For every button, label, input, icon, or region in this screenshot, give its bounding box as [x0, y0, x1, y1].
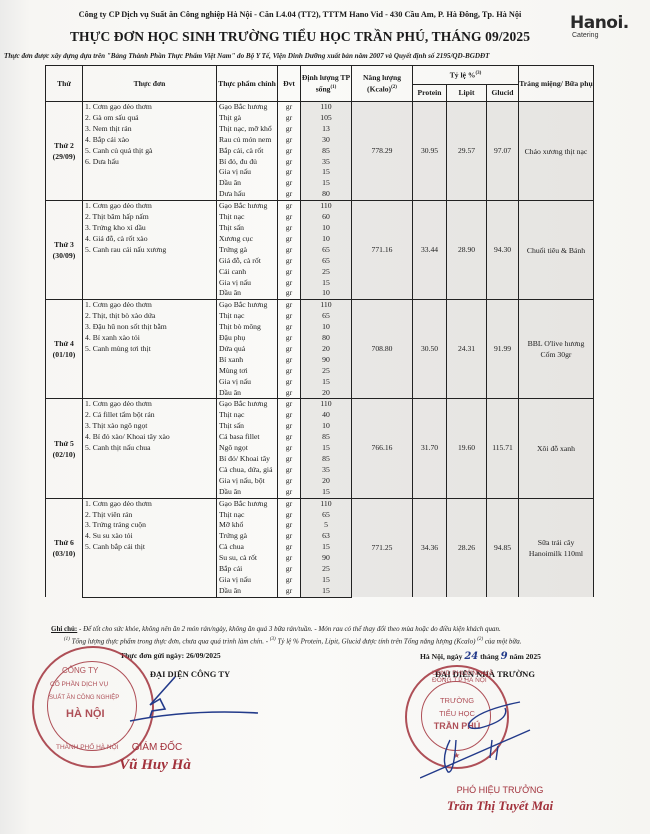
glucid-cell: 115.71 — [487, 399, 519, 498]
dish-cell: 3. Trứng kho xì dầu — [83, 223, 217, 234]
dish-cell — [83, 465, 217, 476]
energy-cell: 771.25 — [352, 498, 413, 597]
header-energy: Năng lượng (Kcalo)(2) — [352, 66, 413, 102]
food-cell: Gia vị nấu — [217, 278, 278, 289]
unit-cell: gr — [278, 564, 301, 575]
unit-cell: gr — [278, 498, 301, 509]
dish-cell — [83, 267, 217, 278]
energy-cell: 708.80 — [352, 300, 413, 399]
dish-cell — [83, 355, 217, 366]
food-cell: Gạo Bắc hương — [217, 300, 278, 311]
dish-cell: 4. Su su xào tỏi — [83, 531, 217, 542]
dish-cell: 6. Dưa hấu — [83, 157, 217, 168]
unit-cell: gr — [278, 586, 301, 597]
day-cell: Thứ 2(29/09) — [46, 102, 83, 201]
qty-cell: 15 — [301, 278, 352, 289]
qty-cell: 90 — [301, 355, 352, 366]
dish-cell: 2. Thịt băm hấp nấm — [83, 212, 217, 223]
food-cell: Gạo Bắc hương — [217, 102, 278, 113]
header-dessert: Tráng miệng/ Bữa phụ — [519, 66, 594, 102]
day-name: Thứ 2 — [48, 140, 80, 151]
unit-cell: gr — [278, 267, 301, 278]
food-cell: Cá basa fillet — [217, 432, 278, 443]
protein-cell: 31.70 — [413, 399, 447, 498]
food-cell: Thịt nạc — [217, 212, 278, 223]
unit-cell: gr — [278, 476, 301, 487]
dish-cell: 1. Cơm gạo dẻo thơm — [83, 399, 217, 410]
dish-cell — [83, 189, 217, 200]
dessert-cell: Chuối tiêu & Bánh — [519, 201, 594, 300]
dish-cell — [83, 564, 217, 575]
unit-cell: gr — [278, 542, 301, 553]
unit-cell: gr — [278, 278, 301, 289]
table-row: Thứ 2(29/09)1. Cơm gạo dẻo thơmGạo Bắc h… — [46, 102, 594, 113]
company-logo: Hanoi. Catering — [570, 15, 630, 45]
unit-cell: gr — [278, 201, 301, 212]
dish-cell: 2. Thịt, thịt bò xào dứa — [83, 311, 217, 322]
qty-cell: 90 — [301, 553, 352, 564]
energy-cell: 771.16 — [352, 201, 413, 300]
lipit-cell: 29.57 — [447, 102, 487, 201]
table-row: Thứ 4(01/10)1. Cơm gạo dẻo thơmGạo Bắc h… — [46, 300, 594, 311]
food-cell: Trứng gà — [217, 531, 278, 542]
dish-cell: 1. Cơm gạo dẻo thơm — [83, 201, 217, 212]
qty-cell: 85 — [301, 454, 352, 465]
dish-cell: 1. Cơm gạo dẻo thơm — [83, 102, 217, 113]
unit-cell: gr — [278, 288, 301, 299]
dish-cell — [83, 278, 217, 289]
unit-cell: gr — [278, 575, 301, 586]
dish-cell: 4. Bí đỏ xào/ Khoai tây xào — [83, 432, 217, 443]
glucid-cell: 94.30 — [487, 201, 519, 300]
day-date: (02/10) — [48, 449, 80, 460]
qty-cell: 65 — [301, 256, 352, 267]
unit-cell: gr — [278, 553, 301, 564]
qty-cell: 65 — [301, 510, 352, 521]
header-day: Thứ — [46, 66, 83, 102]
qty-cell: 35 — [301, 157, 352, 168]
dish-cell: 4. Bắp cải xào — [83, 135, 217, 146]
day-name: Thứ 4 — [48, 338, 80, 349]
unit-cell: gr — [278, 322, 301, 333]
menu-table-body: Thứ 2(29/09)1. Cơm gạo dẻo thơmGạo Bắc h… — [46, 102, 594, 598]
dish-cell: 2. Cá fillet tẩm bột rán — [83, 410, 217, 421]
school-signer-position: PHÓ HIỆU TRƯỞNG — [445, 785, 555, 795]
dish-cell: 1. Cơm gạo dẻo thơm — [83, 498, 217, 509]
unit-cell: gr — [278, 113, 301, 124]
menu-basis-note: Thực đơn được xây dựng dựa trên "Bảng Th… — [4, 52, 644, 60]
company-address: Công ty CP Dịch vụ Suất ăn Công nghiệp H… — [0, 10, 600, 19]
dish-cell: 2. Thịt viên rán — [83, 510, 217, 521]
unit-cell: gr — [278, 157, 301, 168]
handwritten-month: 9 — [501, 651, 508, 662]
qty-cell: 63 — [301, 531, 352, 542]
qty-cell: 65 — [301, 245, 352, 256]
dish-cell — [83, 377, 217, 388]
dish-cell — [83, 366, 217, 377]
food-cell: Thịt gà — [217, 113, 278, 124]
unit-cell: gr — [278, 102, 301, 113]
dish-cell — [83, 256, 217, 267]
dish-cell: 3. Đậu hũ non sốt thịt bằm — [83, 322, 217, 333]
header-qty: Định lượng TP sống(1) — [301, 66, 352, 102]
food-cell: Bí đỏ/ Khoai tây — [217, 454, 278, 465]
food-cell: Gia vị nấu — [217, 377, 278, 388]
glucid-cell: 97.07 — [487, 102, 519, 201]
unit-cell: gr — [278, 333, 301, 344]
unit-cell: gr — [278, 234, 301, 245]
qty-cell: 15 — [301, 586, 352, 597]
protein-cell: 30.50 — [413, 300, 447, 399]
unit-cell: gr — [278, 189, 301, 200]
food-cell: Dứa quả — [217, 344, 278, 355]
table-row: Thứ 6(03/10)1. Cơm gạo dẻo thơmGạo Bắc h… — [46, 498, 594, 509]
notes-line-2: (1) Tổng lượng thực phẩm trong thực đơn,… — [64, 637, 521, 645]
unit-cell: gr — [278, 388, 301, 399]
qty-cell: 5 — [301, 520, 352, 531]
page-title: THỰC ĐƠN HỌC SINH TRƯỜNG TIỂU HỌC TRẦN P… — [0, 29, 600, 45]
dish-cell: 1. Cơm gạo dẻo thơm — [83, 300, 217, 311]
dish-cell: 5. Canh củ quả thịt gà — [83, 146, 217, 157]
qty-cell: 15 — [301, 167, 352, 178]
dish-cell: 4. Bí xanh xào tỏi — [83, 333, 217, 344]
header-protein: Protein — [413, 85, 447, 102]
qty-cell: 25 — [301, 564, 352, 575]
protein-cell: 30.95 — [413, 102, 447, 201]
food-cell: Gạo Bắc hương — [217, 498, 278, 509]
dessert-cell: BBL O'live hương Cốm 30gr — [519, 300, 594, 399]
food-cell: Bí đỏ, đu đủ — [217, 157, 278, 168]
food-cell: Xương cục — [217, 234, 278, 245]
qty-cell: 35 — [301, 465, 352, 476]
day-name: Thứ 3 — [48, 239, 80, 250]
food-cell: Gia vị nấu — [217, 575, 278, 586]
header-lipit: Lipit — [447, 85, 487, 102]
day-date: (29/09) — [48, 151, 80, 162]
dish-cell: 5. Canh rau cải nấu xương — [83, 245, 217, 256]
dish-cell: 3. Trứng tráng cuộn — [83, 520, 217, 531]
unit-cell: gr — [278, 531, 301, 542]
food-cell: Cà chua — [217, 542, 278, 553]
qty-cell: 110 — [301, 498, 352, 509]
day-cell: Thứ 4(01/10) — [46, 300, 83, 399]
food-cell: Mỡ khổ — [217, 520, 278, 531]
dish-cell — [83, 575, 217, 586]
school-signature — [420, 700, 550, 780]
food-cell: Bắp cải, cà rốt — [217, 146, 278, 157]
food-cell: Gia vị nấu, bột — [217, 476, 278, 487]
unit-cell: gr — [278, 510, 301, 521]
unit-cell: gr — [278, 487, 301, 498]
qty-cell: 15 — [301, 542, 352, 553]
dish-cell: 4. Giá đỗ, cà rốt xào — [83, 234, 217, 245]
unit-cell: gr — [278, 212, 301, 223]
food-cell: Bí xanh — [217, 355, 278, 366]
unit-cell: gr — [278, 300, 301, 311]
unit-cell: gr — [278, 410, 301, 421]
unit-cell: gr — [278, 256, 301, 267]
food-cell: Đậu phụ — [217, 333, 278, 344]
day-name: Thứ 5 — [48, 438, 80, 449]
food-cell: Dầu ăn — [217, 586, 278, 597]
qty-cell: 65 — [301, 311, 352, 322]
food-cell: Thịt nạc, mỡ khổ — [217, 124, 278, 135]
food-cell: Dầu ăn — [217, 487, 278, 498]
qty-cell: 15 — [301, 178, 352, 189]
unit-cell: gr — [278, 377, 301, 388]
unit-cell: gr — [278, 443, 301, 454]
qty-cell: 20 — [301, 388, 352, 399]
dessert-cell: Sữa trái cây Hanoimilk 110ml — [519, 498, 594, 597]
day-cell: Thứ 3(30/09) — [46, 201, 83, 300]
dish-cell: 5. Canh mùng tơi thịt — [83, 344, 217, 355]
food-cell: Dầu ăn — [217, 178, 278, 189]
qty-cell: 15 — [301, 377, 352, 388]
food-cell: Bắp cải — [217, 564, 278, 575]
qty-cell: 85 — [301, 432, 352, 443]
qty-cell: 15 — [301, 575, 352, 586]
qty-cell: 25 — [301, 366, 352, 377]
unit-cell: gr — [278, 432, 301, 443]
qty-cell: 30 — [301, 135, 352, 146]
unit-cell: gr — [278, 178, 301, 189]
lipit-cell: 24.31 — [447, 300, 487, 399]
qty-cell: 60 — [301, 212, 352, 223]
unit-cell: gr — [278, 223, 301, 234]
day-name: Thứ 6 — [48, 537, 80, 548]
food-cell: Thịt bò mông — [217, 322, 278, 333]
unit-cell: gr — [278, 124, 301, 135]
dish-cell: 2. Gà om sấu quả — [83, 113, 217, 124]
food-cell: Thịt nạc — [217, 410, 278, 421]
dessert-cell: Cháo xương thịt nạc — [519, 102, 594, 201]
qty-cell: 20 — [301, 344, 352, 355]
unit-cell: gr — [278, 245, 301, 256]
qty-cell: 13 — [301, 124, 352, 135]
dish-cell — [83, 553, 217, 564]
company-signature — [90, 675, 270, 725]
food-cell: Thịt sấn — [217, 223, 278, 234]
qty-cell: 110 — [301, 201, 352, 212]
qty-cell: 10 — [301, 223, 352, 234]
qty-cell: 110 — [301, 102, 352, 113]
day-date: (30/09) — [48, 250, 80, 261]
header-menu: Thực đơn — [83, 66, 217, 102]
document-page: Công ty CP Dịch vụ Suất ăn Công nghiệp H… — [0, 0, 650, 834]
dish-cell — [83, 388, 217, 399]
food-cell: Gạo Bắc hương — [217, 399, 278, 410]
unit-cell: gr — [278, 520, 301, 531]
food-cell: Su su, cà rốt — [217, 553, 278, 564]
dish-cell — [83, 167, 217, 178]
header-unit: Đvt — [278, 66, 301, 102]
food-cell: Rau củ món nem — [217, 135, 278, 146]
unit-cell: gr — [278, 146, 301, 157]
food-cell: Thịt nạc — [217, 311, 278, 322]
unit-cell: gr — [278, 421, 301, 432]
qty-cell: 80 — [301, 333, 352, 344]
dish-cell — [83, 487, 217, 498]
food-cell: Giá đỗ, cà rốt — [217, 256, 278, 267]
unit-cell: gr — [278, 311, 301, 322]
unit-cell: gr — [278, 355, 301, 366]
unit-cell: gr — [278, 135, 301, 146]
unit-cell: gr — [278, 344, 301, 355]
qty-cell: 110 — [301, 300, 352, 311]
place-date: Hà Nội, ngày 24 tháng 9 năm 2025 — [420, 651, 541, 662]
food-cell: Gạo Bắc hương — [217, 201, 278, 212]
lipit-cell: 28.90 — [447, 201, 487, 300]
qty-cell: 10 — [301, 421, 352, 432]
food-cell: Dưa hấu — [217, 189, 278, 200]
dish-cell: 5. Canh bắp cải thịt — [83, 542, 217, 553]
food-cell: Thịt sấn — [217, 421, 278, 432]
logo-sub: Catering — [570, 32, 630, 40]
glucid-cell: 94.85 — [487, 498, 519, 597]
food-cell: Thịt nạc — [217, 510, 278, 521]
dish-cell: 3. Thịt xào ngô ngọt — [83, 421, 217, 432]
food-cell: Mùng tơi — [217, 366, 278, 377]
unit-cell: gr — [278, 454, 301, 465]
dish-cell — [83, 288, 217, 299]
header-food: Thực phẩm chính — [217, 66, 278, 102]
day-cell: Thứ 6(03/10) — [46, 498, 83, 597]
glucid-cell: 91.99 — [487, 300, 519, 399]
unit-cell: gr — [278, 167, 301, 178]
energy-cell: 766.16 — [352, 399, 413, 498]
dish-cell — [83, 586, 217, 597]
energy-cell: 778.29 — [352, 102, 413, 201]
qty-cell: 25 — [301, 267, 352, 278]
unit-cell: gr — [278, 366, 301, 377]
unit-cell: gr — [278, 465, 301, 476]
food-cell: Trứng gà — [217, 245, 278, 256]
qty-cell: 10 — [301, 234, 352, 245]
food-cell: Cải canh — [217, 267, 278, 278]
table-row: Thứ 3(30/09)1. Cơm gạo dẻo thơmGạo Bắc h… — [46, 201, 594, 212]
food-cell: Dầu ăn — [217, 388, 278, 399]
protein-cell: 34.36 — [413, 498, 447, 597]
food-cell: Cà chua, dứa, giá — [217, 465, 278, 476]
menu-table: Thứ Thực đơn Thực phẩm chính Đvt Định lư… — [45, 65, 594, 598]
dish-cell — [83, 476, 217, 487]
header-ratio: Tỷ lệ %(3) — [413, 66, 519, 85]
day-date: (03/10) — [48, 548, 80, 559]
qty-cell: 20 — [301, 476, 352, 487]
logo-main: Hanoi. — [570, 15, 630, 32]
lipit-cell: 19.60 — [447, 399, 487, 498]
company-signer-name: Vũ Huy Hà — [90, 757, 220, 774]
food-cell: Ngô ngọt — [217, 443, 278, 454]
table-row: Thứ 5(02/10)1. Cơm gạo dẻo thơmGạo Bắc h… — [46, 399, 594, 410]
day-date: (01/10) — [48, 349, 80, 360]
day-cell: Thứ 5(02/10) — [46, 399, 83, 498]
unit-cell: gr — [278, 399, 301, 410]
company-signer-position: GIÁM ĐỐC — [112, 742, 202, 753]
notes-line-1: Ghi chú: - Để tốt cho sức khỏe, không nê… — [51, 625, 501, 633]
food-cell: Dầu ăn — [217, 288, 278, 299]
handwritten-day: 24 — [464, 651, 478, 662]
lipit-cell: 28.26 — [447, 498, 487, 597]
qty-cell: 110 — [301, 399, 352, 410]
qty-cell: 15 — [301, 487, 352, 498]
dessert-cell: Xôi đỗ xanh — [519, 399, 594, 498]
dish-cell: 3. Nem thịt rán — [83, 124, 217, 135]
school-signer-name: Trần Thị Tuyết Mai — [420, 798, 580, 814]
qty-cell: 85 — [301, 146, 352, 157]
qty-cell: 10 — [301, 322, 352, 333]
food-cell: Gia vị nấu — [217, 167, 278, 178]
qty-cell: 15 — [301, 443, 352, 454]
qty-cell: 80 — [301, 189, 352, 200]
sent-date: Thực đơn gửi ngày: 26/09/2025 — [120, 651, 221, 660]
protein-cell: 33.44 — [413, 201, 447, 300]
header-glucid: Glucid — [487, 85, 519, 102]
qty-cell: 105 — [301, 113, 352, 124]
qty-cell: 40 — [301, 410, 352, 421]
dish-cell — [83, 454, 217, 465]
dish-cell: 5. Canh thịt nấu chua — [83, 443, 217, 454]
qty-cell: 10 — [301, 288, 352, 299]
dish-cell — [83, 178, 217, 189]
